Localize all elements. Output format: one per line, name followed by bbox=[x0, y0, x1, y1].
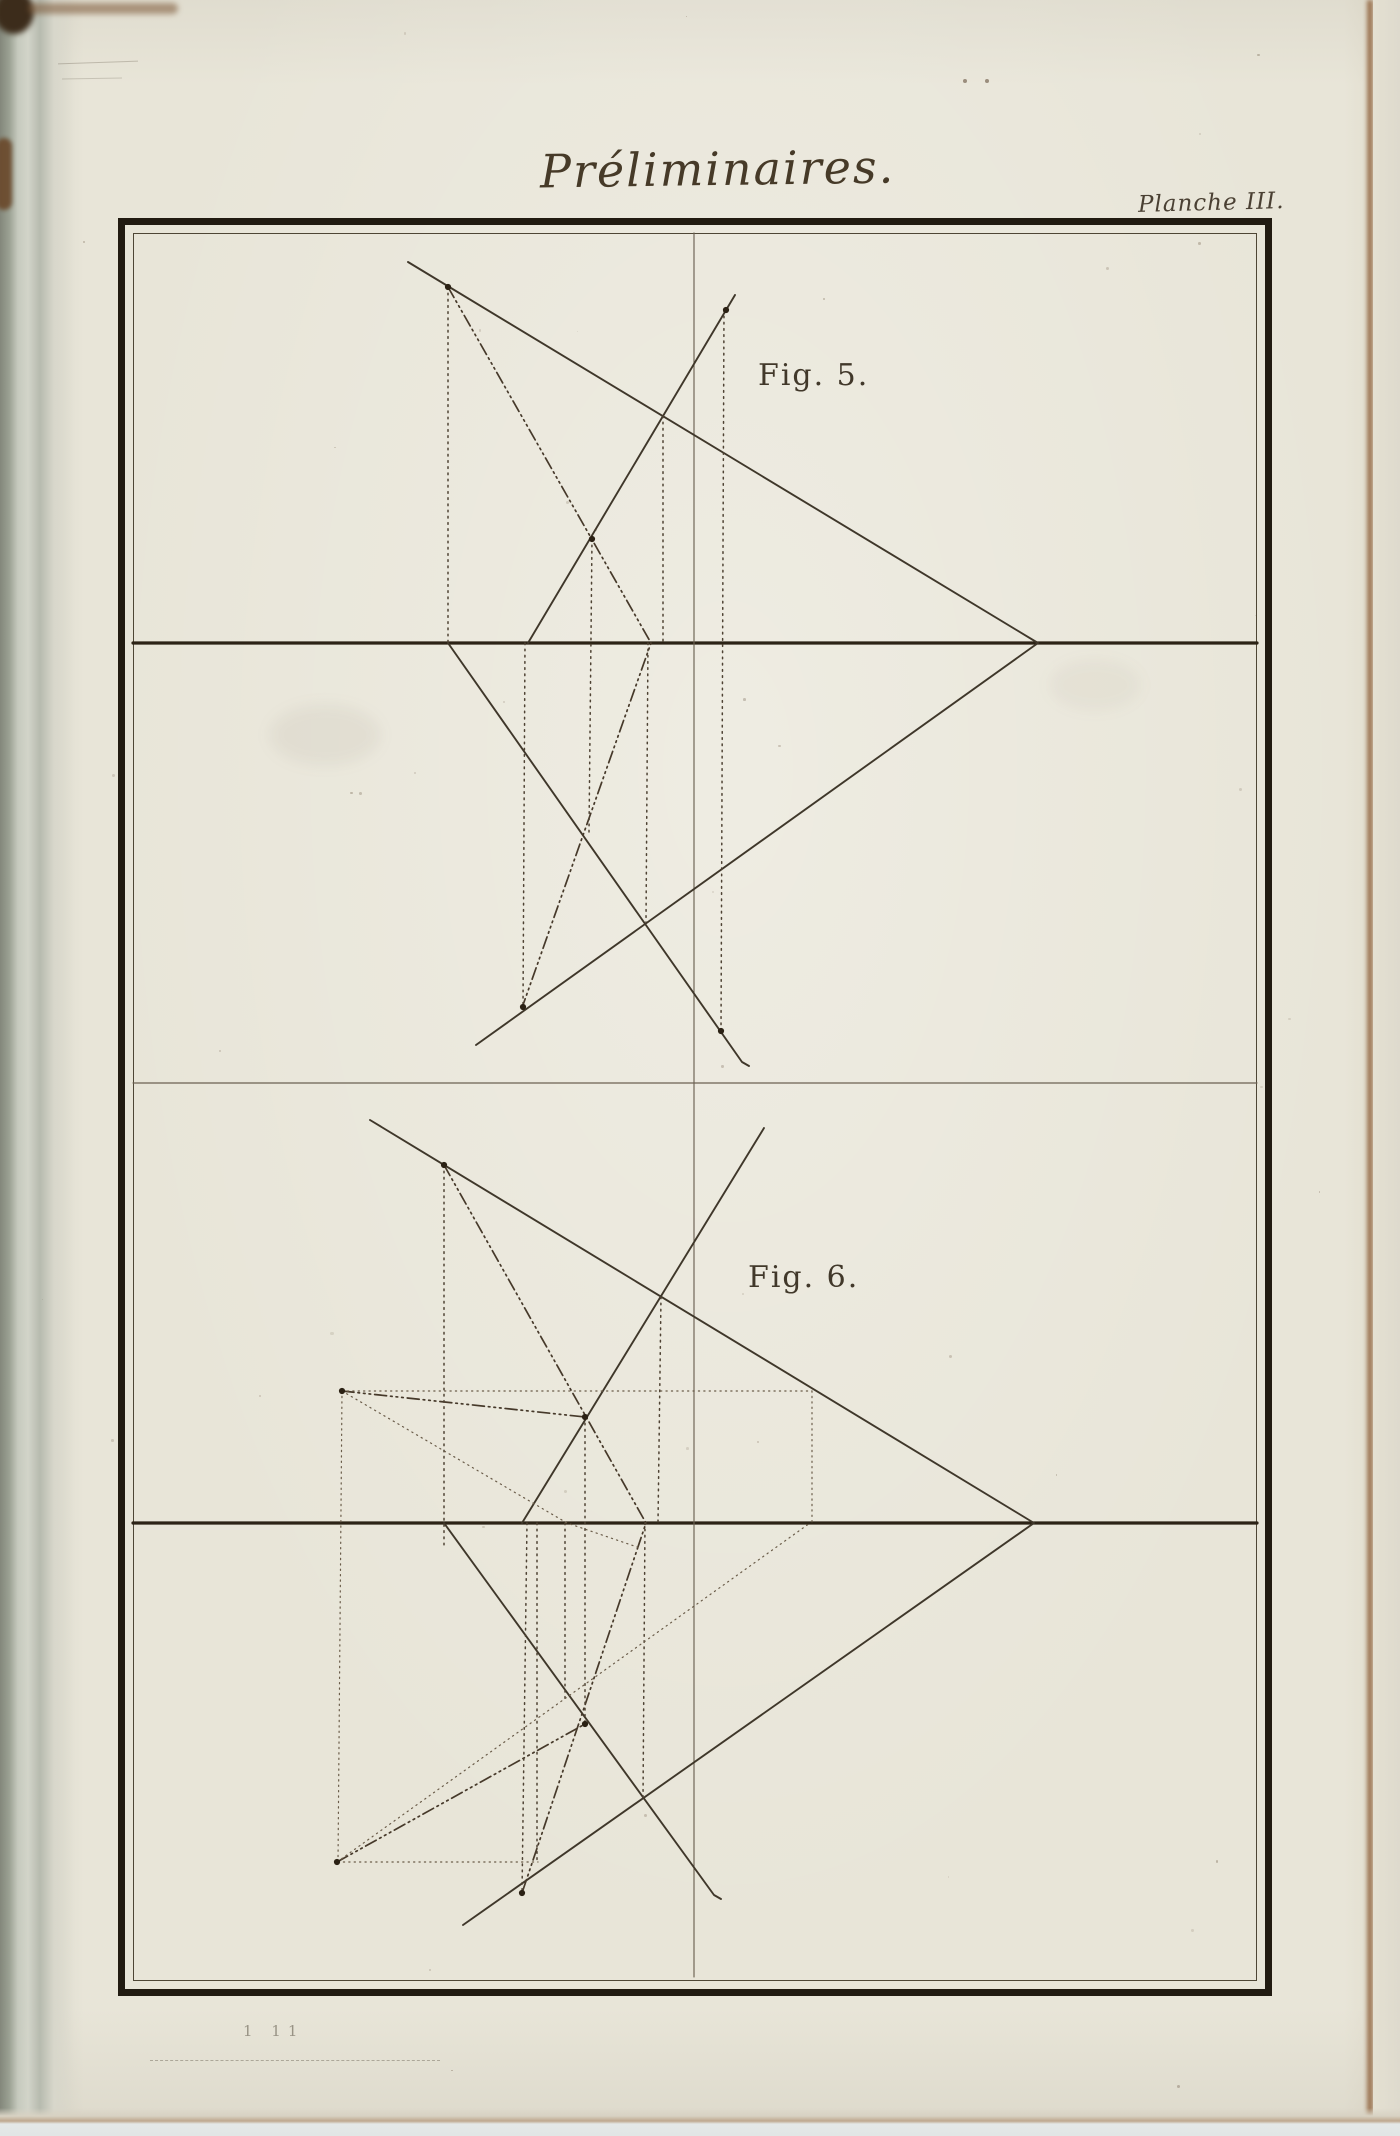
plane-traces bbox=[522, 1128, 764, 1523]
projection-verticals bbox=[721, 310, 724, 1031]
projection-verticals bbox=[646, 643, 648, 922]
paper-speck bbox=[712, 891, 714, 893]
intersection-lines bbox=[448, 287, 651, 1005]
intersection-lines bbox=[342, 1391, 585, 1417]
ink-fleck bbox=[985, 79, 989, 83]
paper-speck bbox=[1106, 267, 1109, 270]
construction-point bbox=[589, 536, 595, 542]
plane-traces bbox=[528, 295, 735, 643]
paper-speck bbox=[1191, 1929, 1193, 1931]
paper-speck bbox=[778, 745, 781, 748]
construction-point bbox=[718, 1028, 724, 1034]
ink-fleck bbox=[963, 79, 967, 83]
scanned-book-page: Préliminaires. Planche III. Fig. 5. Fig.… bbox=[0, 0, 1400, 2136]
paper-speck bbox=[823, 298, 825, 300]
projection-verticals bbox=[523, 643, 525, 1007]
figure-5-caption: Fig. 5. bbox=[758, 358, 869, 393]
projection-verticals bbox=[643, 1523, 645, 1800]
construction-point bbox=[334, 1859, 340, 1865]
paper-speck bbox=[1239, 788, 1242, 791]
paper-speck bbox=[1177, 2085, 1180, 2088]
plane-traces bbox=[463, 1523, 1034, 1925]
paper-speck bbox=[566, 501, 569, 504]
paper-speck bbox=[330, 1332, 333, 1335]
projection-verticals bbox=[658, 1297, 661, 1523]
construction-point bbox=[582, 1414, 588, 1420]
plate-line-work bbox=[0, 0, 1400, 2136]
construction-point bbox=[519, 1890, 525, 1896]
paper-speck bbox=[429, 1969, 431, 1971]
plane-traces bbox=[476, 643, 1038, 1045]
projection-verticals bbox=[522, 1523, 527, 1893]
paper-speck bbox=[334, 447, 336, 449]
paper-speck bbox=[686, 1447, 689, 1450]
paper-mottling bbox=[1050, 660, 1140, 710]
paper-speck bbox=[111, 1439, 114, 1442]
paper-speck bbox=[482, 1526, 485, 1529]
construction-point bbox=[723, 307, 729, 313]
paper-speck bbox=[1319, 1191, 1320, 1192]
plane-traces bbox=[444, 1523, 721, 1899]
figure-6-caption: Fig. 6. bbox=[748, 1260, 859, 1295]
paper-speck bbox=[1056, 1474, 1057, 1475]
scratch-mark bbox=[150, 2060, 440, 2061]
paper-speck bbox=[414, 772, 416, 774]
auxiliary-square-and-rabattement bbox=[338, 1391, 342, 1862]
paper-speck bbox=[479, 329, 482, 332]
construction-point bbox=[445, 284, 451, 290]
paper-speck bbox=[742, 1293, 744, 1295]
projection-verticals bbox=[589, 539, 592, 832]
paper-speck bbox=[404, 32, 407, 35]
paper-speck bbox=[451, 2070, 452, 2071]
construction-point bbox=[582, 1721, 588, 1727]
pencil-marks: 1 11 bbox=[243, 2022, 304, 2040]
auxiliary-square-and-rabattement bbox=[337, 1523, 810, 1862]
paper-speck bbox=[743, 698, 746, 701]
paper-speck bbox=[1257, 54, 1259, 56]
intersection-lines bbox=[337, 1724, 585, 1862]
paper-mottling bbox=[270, 705, 380, 765]
paper-speck bbox=[721, 1065, 723, 1067]
plane-traces bbox=[370, 1120, 1034, 1523]
construction-point bbox=[441, 1162, 447, 1168]
construction-point bbox=[520, 1004, 526, 1010]
paper-speck bbox=[1198, 242, 1201, 245]
plane-traces bbox=[448, 643, 749, 1066]
construction-point bbox=[339, 1388, 345, 1394]
intersection-lines bbox=[444, 1165, 646, 1893]
